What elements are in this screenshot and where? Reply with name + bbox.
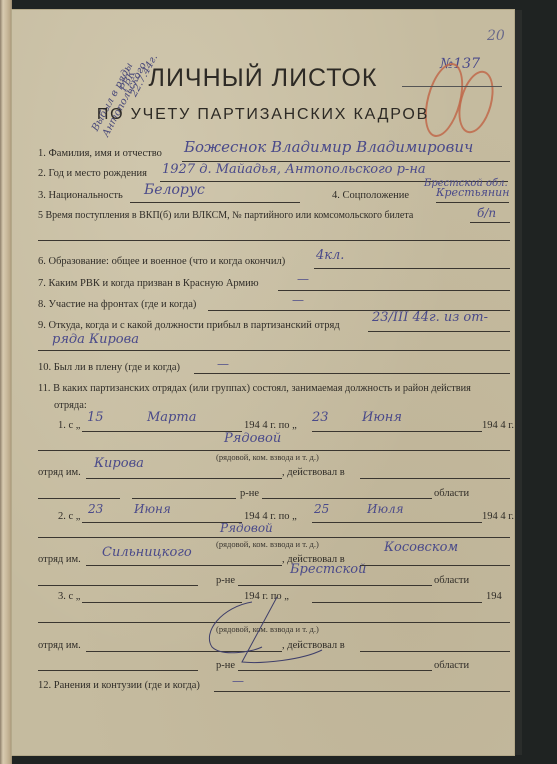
field-label: Национальность	[49, 190, 123, 201]
from-day: 15	[87, 410, 104, 425]
acted-in-line	[360, 478, 510, 479]
acted-in-line	[360, 651, 510, 652]
field-1-value: Божеснок Владимир Владимирович	[184, 138, 473, 156]
year-suffix: г.	[508, 511, 514, 522]
region-line	[238, 585, 432, 586]
field-number: 7.	[38, 278, 46, 289]
to-day: 23	[312, 410, 329, 425]
field-3-label: 3. Национальность	[38, 190, 123, 201]
from-month: Марта	[147, 410, 196, 425]
district-value: Брестской	[290, 562, 366, 577]
detachment-name-line	[86, 478, 282, 479]
field-4-label: 4. Соцположение	[332, 190, 409, 201]
from-prefix: с „	[69, 420, 81, 431]
field-9-value: 23/III 44г. из от-	[372, 310, 488, 325]
from-prefix: с „	[69, 591, 81, 602]
to-year: 194 4 г.	[482, 511, 514, 522]
to-month: Июля	[367, 502, 404, 516]
field-label: Фамилия, имя и отчество	[49, 148, 162, 159]
cancel-stroke-icon	[192, 592, 342, 672]
field-label: Время поступления в ВКП(б) или ВЛКСМ, № …	[46, 210, 414, 221]
district-line-a	[38, 498, 120, 499]
position-value: Рядовой	[224, 431, 281, 446]
detachment-name-line	[86, 565, 282, 566]
detachment-prefix: отряд им.	[38, 640, 81, 651]
field-label: В каких партизанских отрядах (или группа…	[53, 383, 471, 394]
field-12-value: —	[232, 674, 244, 688]
field-5-value: б/п	[477, 206, 496, 220]
from-year: 194 4 г. по „	[244, 420, 297, 431]
district-line-a	[38, 670, 198, 671]
field-number: 4.	[332, 190, 340, 201]
field-9-line	[368, 331, 510, 332]
field-8-label: 8. Участие на фронтах (где и когда)	[38, 299, 196, 310]
field-number: 9.	[38, 320, 46, 331]
from-prefix: с „	[69, 511, 81, 522]
position-caption: (рядовой, ком. взвода и т. д.)	[216, 539, 319, 549]
field-2-label: 2. Год и место рождения	[38, 168, 147, 179]
field-12-line	[214, 691, 510, 692]
field-11-label: 11. В каких партизанских отрядах (или гр…	[38, 383, 471, 394]
field-4-value: Крестьянин	[436, 186, 510, 199]
book-binding	[0, 0, 12, 764]
from-date-line	[82, 431, 242, 432]
field-number: 1.	[38, 148, 46, 159]
region-label: области	[434, 488, 469, 499]
field-label: Каким РВК и когда призван в Красную Арми…	[49, 278, 259, 289]
field-7-value: —	[297, 272, 309, 286]
field-5-line	[470, 222, 510, 223]
year-suffix: г.	[270, 420, 276, 431]
from-day: 23	[88, 502, 103, 516]
field-9-line-2	[38, 350, 510, 351]
detachment-index: 2.	[58, 511, 66, 522]
acted-in-line	[360, 565, 510, 566]
detachment-prefix: отряд им.	[38, 554, 81, 565]
field-label: Год и место рождения	[49, 168, 147, 179]
detachment-3-idx: 3. с „	[58, 591, 80, 602]
position-value: Рядовой	[220, 521, 273, 535]
field-1-label: 1. Фамилия, имя и отчество	[38, 148, 162, 159]
field-10-line	[194, 373, 510, 374]
field-5-line-2	[38, 240, 510, 241]
year-value: 194 4	[482, 511, 506, 522]
field-10-label: 10. Был ли в плену (где и когда)	[38, 362, 180, 373]
field-label: Ранения и контузии (где и когда)	[54, 680, 200, 691]
to-year: 194 4 г.	[482, 420, 514, 431]
field-10-value: —	[217, 357, 229, 371]
detachment-name: Сильницкого	[102, 545, 192, 560]
scan-border	[514, 10, 522, 755]
detachment-prefix: отряд им.	[38, 467, 81, 478]
region-label: области	[434, 660, 469, 671]
field-6-label: 6. Образование: общее и военное (что и к…	[38, 256, 285, 267]
detachment-index: 3.	[58, 591, 66, 602]
from-date-line	[82, 522, 242, 523]
district-line-b	[132, 498, 236, 499]
field-number: 5	[38, 210, 43, 221]
detachment-name: Кирова	[94, 456, 144, 471]
field-label: Участие на фронтах (где и когда)	[49, 299, 197, 310]
field-number: 12.	[38, 680, 51, 691]
acted-in-prefix: , действовал в	[282, 467, 345, 478]
district-label: р-не	[216, 575, 235, 586]
field-3-value: Белорус	[144, 182, 205, 198]
field-5-label: 5 Время поступления в ВКП(б) или ВЛКСМ, …	[38, 210, 413, 221]
field-number: 8.	[38, 299, 46, 310]
personal-record-sheet: Выбыл в ряды Антопольского РВК 22.7.44г.…	[12, 10, 514, 755]
position-caption: (рядовой, ком. взвода и т. д.)	[216, 452, 319, 462]
detachment-2-idx: 2. с „	[58, 511, 80, 522]
position-line	[38, 450, 510, 451]
to-year: 194	[486, 591, 502, 602]
field-8-value: —	[292, 293, 304, 307]
document-title: ЛИЧНЫЙ ЛИСТОК	[12, 64, 514, 93]
year-value: 194	[486, 591, 502, 602]
field-number: 10.	[38, 362, 51, 373]
to-date-line	[312, 522, 482, 523]
field-3-line	[130, 202, 300, 203]
detachment-index: 1.	[58, 420, 66, 431]
acted-in-value: Косовском	[384, 540, 458, 555]
field-2-value: 1927 д. Майадья, Антопольского р-на	[162, 162, 426, 177]
detachment-1-idx: 1. с „	[58, 420, 80, 431]
field-11-label-cont: отряда:	[54, 400, 87, 411]
year-value: 194 4	[482, 420, 506, 431]
from-month: Июня	[134, 502, 171, 516]
field-number: 11.	[38, 383, 51, 394]
year-value: 194 4	[244, 420, 268, 431]
page-number: 20	[487, 28, 505, 44]
field-9-value-cont: ряда Кирова	[52, 332, 139, 347]
to-day: 25	[314, 502, 329, 516]
field-label: Образование: общее и военное (что и когд…	[49, 256, 286, 267]
field-6-value: 4кл.	[316, 248, 344, 263]
year-suffix: г.	[508, 420, 514, 431]
to-prefix: по „	[279, 511, 297, 522]
to-date-line	[312, 431, 482, 432]
field-7-line	[278, 290, 510, 291]
region-label: области	[434, 575, 469, 586]
field-9-label: 9. Откуда, когда и с какой должности при…	[38, 320, 340, 331]
field-7-label: 7. Каким РВК и когда призван в Красную А…	[38, 278, 259, 289]
district-line-a	[38, 585, 198, 586]
field-number: 6.	[38, 256, 46, 267]
field-number: 2.	[38, 168, 46, 179]
position-line	[38, 537, 510, 538]
field-label: Был ли в плену (где и когда)	[54, 362, 180, 373]
district-label: р-не	[240, 488, 259, 499]
field-6-line	[314, 268, 510, 269]
field-4-line	[436, 202, 509, 203]
document-subtitle: ПО УЧЕТУ ПАРТИЗАНСКИХ КАДРОВ	[12, 106, 514, 124]
field-label: Соцположение	[343, 190, 410, 201]
to-month: Июня	[362, 410, 402, 425]
field-number: 3.	[38, 190, 46, 201]
field-12-label: 12. Ранения и контузии (где и когда)	[38, 680, 200, 691]
field-label: Откуда, когда и с какой должности прибыл…	[49, 320, 340, 331]
to-prefix: по „	[279, 420, 297, 431]
region-line	[262, 498, 432, 499]
